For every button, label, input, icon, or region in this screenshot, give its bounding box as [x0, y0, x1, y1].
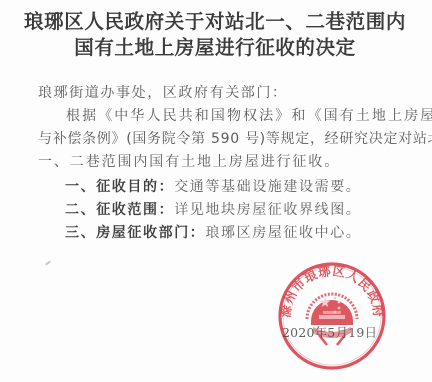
item-label: 一、征收目的：: [65, 179, 174, 195]
paragraph-line-1: 根据《中华人民共和国物权法》和《国有土地上房屋征收: [66, 105, 432, 128]
list-item-scope: 二、征收范围：详见地块房屋征收界线图。: [65, 199, 361, 222]
item-label: 三、房屋征收部门：: [65, 225, 205, 241]
item-value: 琅琊区房屋征收中心。: [205, 225, 361, 241]
official-seal-icon: 滁州市琅琊区人民政府: [277, 261, 387, 371]
list-item-department: 三、房屋征收部门：琅琊区房屋征收中心。: [65, 222, 361, 245]
document-date: 2020年5月19日: [282, 325, 377, 341]
document-page: 琅琊区人民政府关于对站北一、二巷范围内 国有土地上房屋进行征收的决定 琅琊街道办…: [0, 0, 432, 382]
document-title-line-1: 琅琊区人民政府关于对站北一、二巷范围内: [0, 9, 431, 35]
scan-smudge: [45, 260, 51, 265]
document-title-line-2: 国有土地上房屋进行征收的决定: [0, 35, 431, 61]
list-item-purpose: 一、征收目的：交通等基础设施建设需要。: [65, 176, 361, 199]
paragraph-line-3: 一、二巷范围内国有土地上房屋进行征收。: [38, 151, 340, 174]
item-label: 二、征收范围：: [65, 202, 174, 218]
paragraph-line-2: 与补偿条例》(国务院令第 590 号)等规定，经研究决定对站北: [38, 128, 432, 151]
salutation: 琅琊街道办事处，区政府有关部门：: [38, 82, 288, 105]
item-value: 交通等基础设施建设需要。: [174, 179, 361, 195]
item-value: 详见地块房屋征收界线图。: [174, 202, 361, 218]
